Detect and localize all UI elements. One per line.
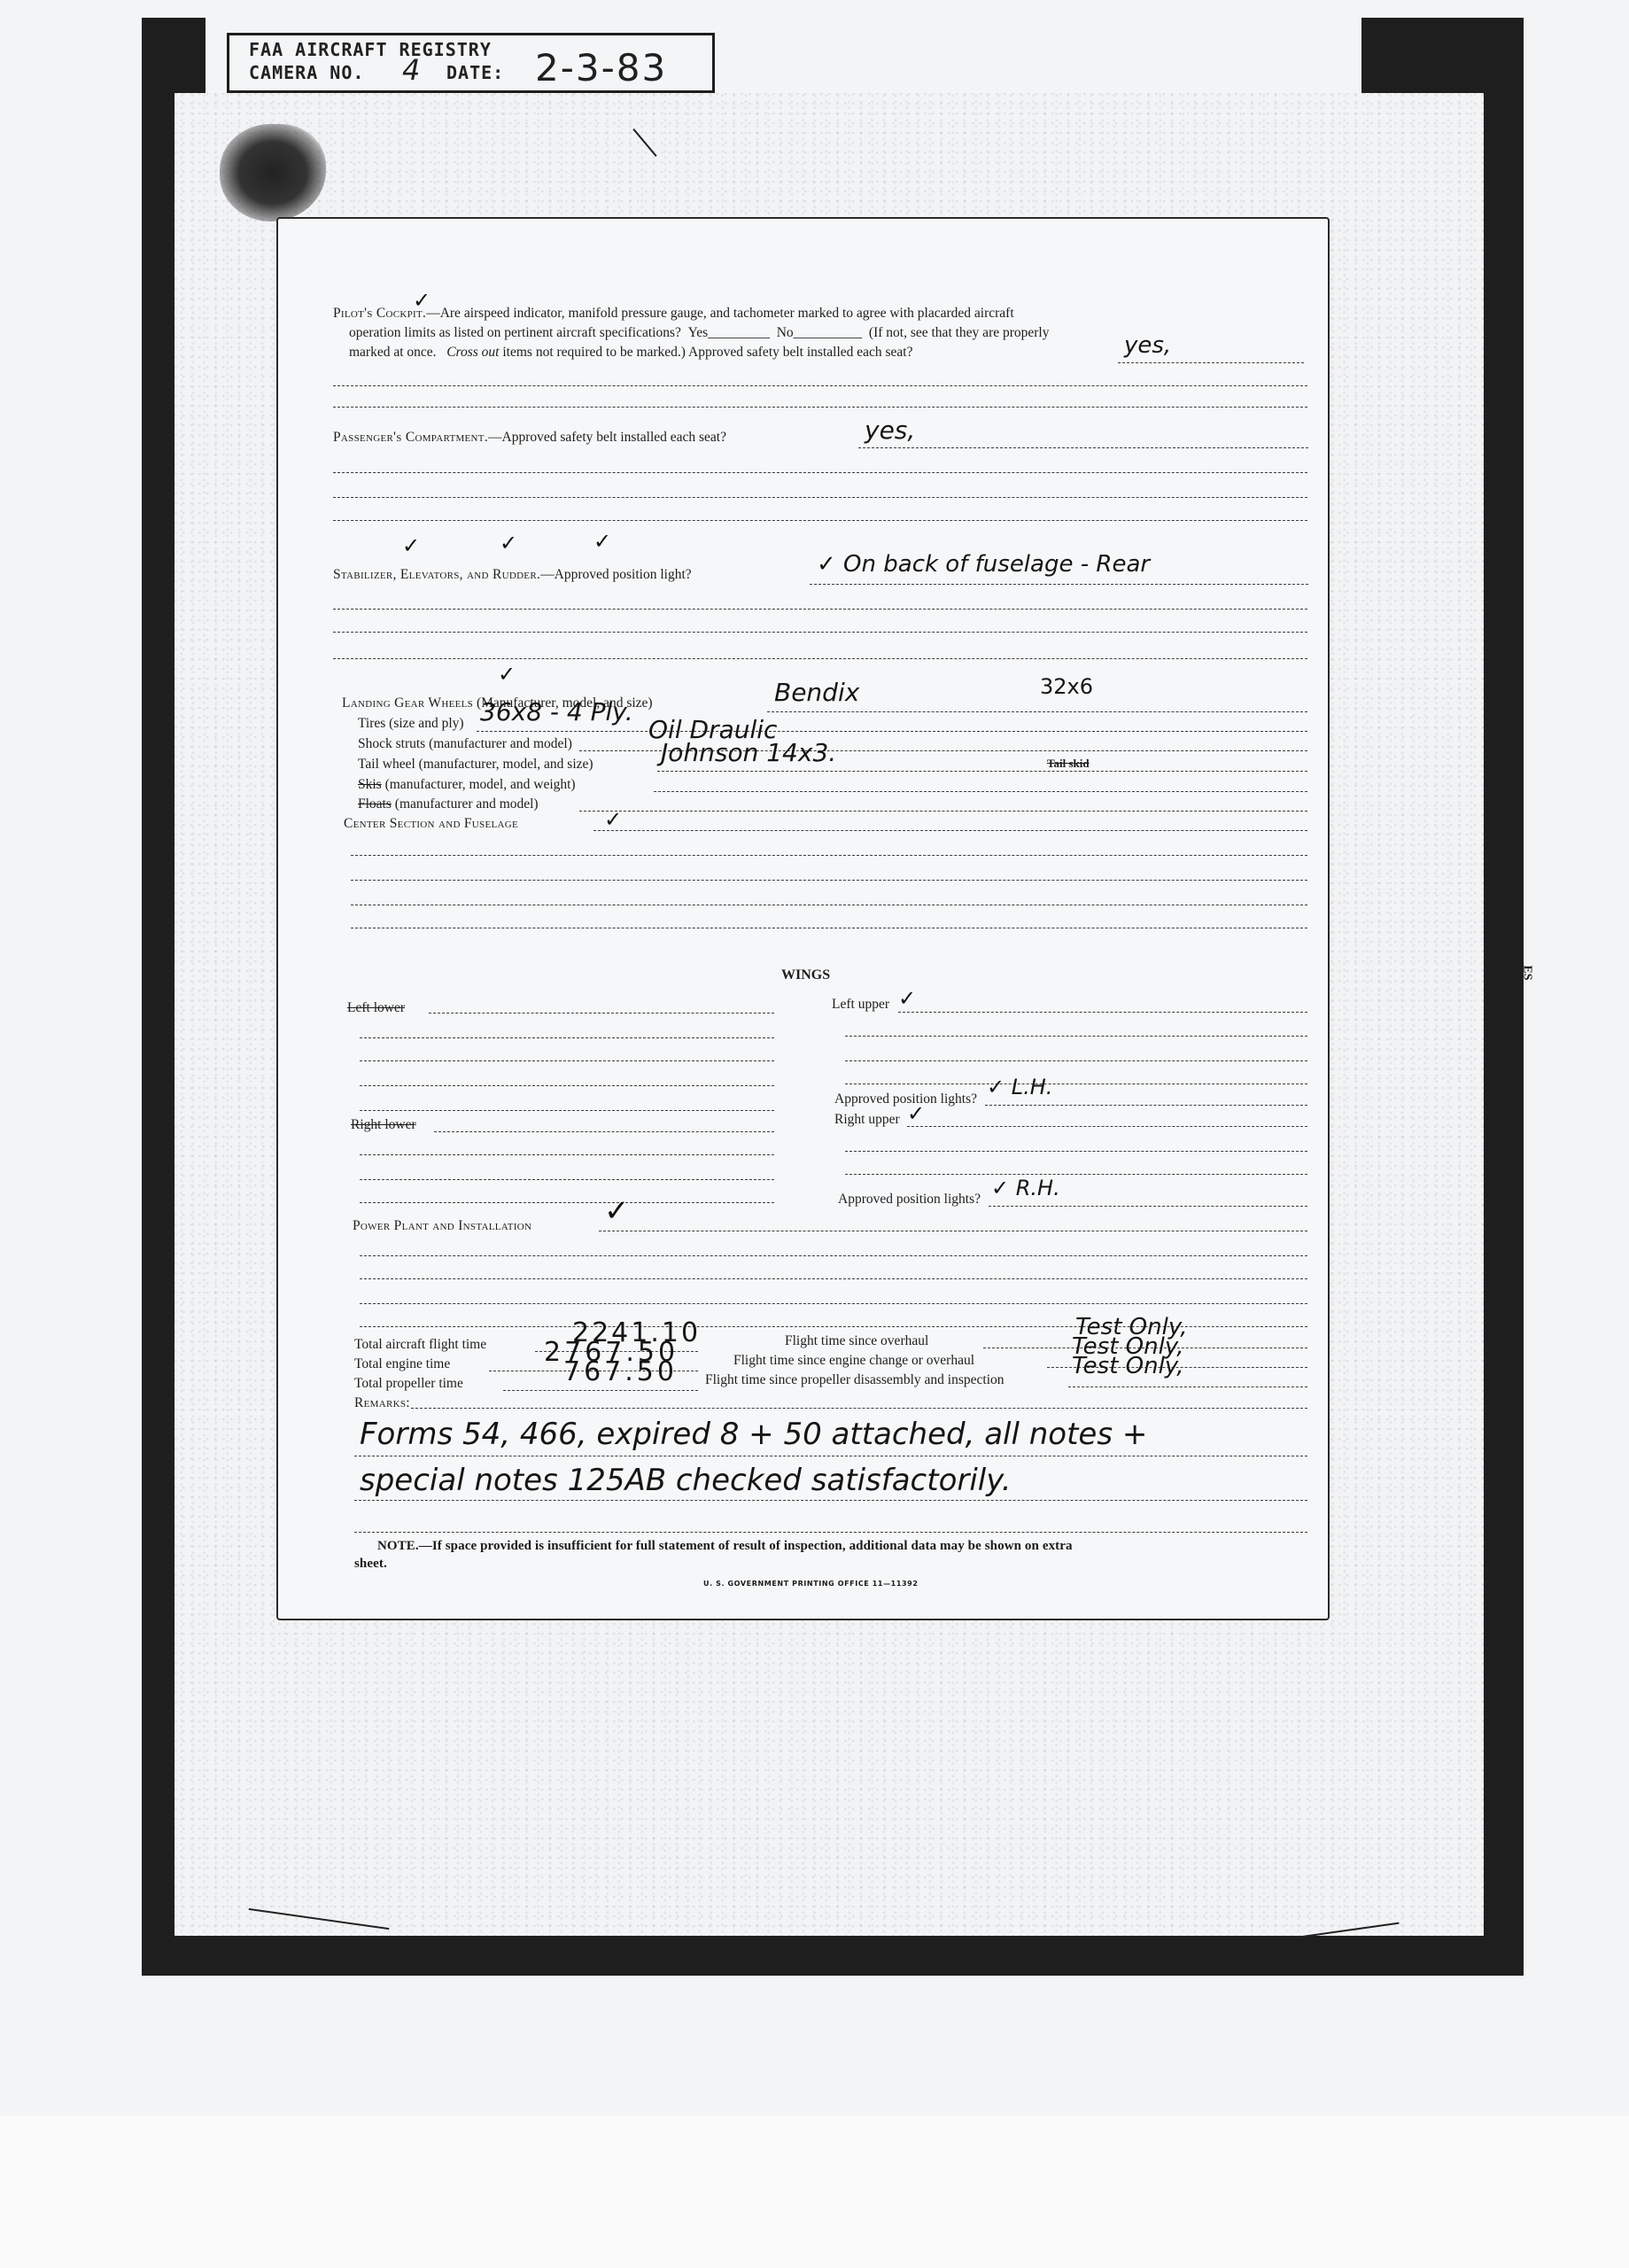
answer-line — [599, 1231, 1307, 1231]
passengers-compartment-section: Passenger's Compartment.—Approved safety… — [333, 430, 726, 446]
answer-line — [333, 658, 1307, 659]
camera-label: CAMERA NO. — [249, 62, 364, 83]
engine-change-label: Flight time since engine change or overh… — [733, 1353, 974, 1369]
check-mark-icon: ✓ — [402, 533, 420, 558]
answer-line — [360, 1303, 1307, 1304]
shock-struts-label: Shock struts (manufacturer and model) — [358, 736, 572, 752]
engine-time-label: Total engine time — [354, 1356, 450, 1372]
floats-note: (manufacturer and model) — [395, 796, 539, 812]
answer-line — [360, 1202, 774, 1203]
approved-lights-left-answer[interactable]: ✓ L.H. — [987, 1075, 1052, 1099]
tires-answer[interactable]: 36x8 - 4 Ply. — [480, 697, 633, 726]
note-line2: sheet. — [354, 1557, 387, 1572]
answer-line — [333, 385, 1307, 386]
answer-line — [845, 1060, 1307, 1061]
passengers-heading: Passenger's Compartment. — [333, 430, 488, 445]
pilots-cockpit-line1: —Are airspeed indicator, manifold pressu… — [426, 306, 1013, 321]
overhaul-time-label: Flight time since overhaul — [785, 1333, 928, 1349]
approved-lights-left-label: Approved position lights? — [834, 1091, 977, 1107]
propeller-inspection-label: Flight time since propeller disassembly … — [705, 1372, 1005, 1388]
right-lower-label: Right lower — [351, 1117, 416, 1133]
answer-line — [333, 472, 1307, 473]
stabilizer-question: —Approved position light? — [540, 567, 692, 582]
check-mark-icon: ✓ — [498, 662, 516, 687]
answer-line — [858, 447, 1308, 448]
gpo-imprint: U. S. GOVERNMENT PRINTING OFFICE 11—1139… — [703, 1580, 919, 1588]
tail-wheel-label: Tail wheel (manufacturer, model, and siz… — [358, 757, 593, 773]
answer-line — [333, 520, 1307, 521]
tail-wheel-answer[interactable]: Johnson 14x3. — [661, 738, 836, 767]
pilots-cockpit-line2: operation limits as listed on pertinent … — [349, 325, 1050, 341]
registry-title: FAA AIRCRAFT REGISTRY — [249, 39, 492, 60]
yes-label: Yes — [688, 325, 709, 340]
answer-line — [985, 1105, 1307, 1106]
approved-lights-right-answer[interactable]: ✓ R.H. — [991, 1176, 1060, 1200]
stabilizer-heading: Stabilizer, Elevators, and Rudder. — [333, 567, 540, 582]
answer-line — [354, 1456, 1307, 1456]
answer-line — [1118, 362, 1304, 363]
answer-line — [654, 791, 1307, 792]
answer-line — [354, 1532, 1307, 1533]
answer-line — [360, 1060, 774, 1061]
answer-line — [351, 928, 1307, 928]
scan-background-bottom — [0, 2116, 1629, 2268]
answer-line — [360, 1085, 774, 1086]
registry-label-box: FAA AIRCRAFT REGISTRY CAMERA NO. DATE: 4… — [227, 33, 715, 93]
floats-label: Floats — [358, 796, 392, 812]
answer-line — [411, 1408, 1307, 1409]
answer-line — [360, 1179, 774, 1180]
answer-line — [477, 731, 1307, 732]
stabilizer-answer[interactable]: ✓ On back of fuselage - Rear — [817, 551, 1150, 578]
right-upper-label: Right upper — [834, 1112, 900, 1128]
answer-line — [989, 1206, 1307, 1207]
skis-row: Skis (manufacturer, model, and weight) — [358, 777, 576, 793]
answer-line — [434, 1131, 774, 1132]
pilots-cockpit-line3: marked at once. Cross out items not requ… — [349, 345, 913, 361]
answer-line — [898, 1012, 1307, 1013]
passengers-question: —Approved safety belt installed each sea… — [488, 430, 726, 445]
remarks-line2[interactable]: special notes 125AB checked satisfactori… — [360, 1463, 1012, 1498]
answer-line — [845, 1036, 1307, 1037]
left-lower-label: Left lower — [347, 1000, 405, 1016]
answer-line — [351, 905, 1307, 905]
answer-line — [360, 1278, 1307, 1279]
answer-line — [351, 880, 1307, 881]
propeller-time-label: Total propeller time — [354, 1376, 463, 1392]
camera-number: 4 — [402, 53, 420, 87]
check-mark-icon: ✓ — [413, 288, 431, 313]
answer-line — [593, 830, 1307, 831]
wings-heading: WINGS — [781, 967, 830, 983]
cross-out-note: items not required to be marked.) — [502, 345, 686, 360]
check-mark-icon: ✓ — [593, 529, 611, 554]
marked-at-once: marked at once. — [349, 345, 437, 360]
specs-question: operation limits as listed on pertinent … — [349, 325, 681, 340]
margin-mark: ES — [1520, 965, 1534, 980]
passengers-belt-answer[interactable]: yes, — [865, 416, 915, 445]
floats-row: Floats (manufacturer and model) — [358, 796, 539, 812]
approved-lights-right-label: Approved position lights? — [838, 1192, 981, 1208]
stabilizer-section: Stabilizer, Elevators, and Rudder.—Appro… — [333, 567, 692, 583]
right-upper-check-icon: ✓ — [907, 1101, 925, 1126]
center-section-heading: Center Section and Fuselage — [344, 816, 518, 832]
no-label: No — [777, 325, 794, 340]
answer-line — [845, 1174, 1307, 1175]
cross-out-italic: Cross out — [446, 345, 499, 360]
answer-line — [333, 609, 1307, 610]
tail-skid-label: Tail skid — [1047, 757, 1090, 771]
belt-question: Approved safety belt installed each seat… — [688, 345, 913, 360]
wheels-size[interactable]: 32x6 — [1040, 674, 1093, 699]
date-value: 2-3-83 — [535, 46, 667, 89]
answer-line — [907, 1126, 1307, 1127]
answer-line — [360, 1255, 1307, 1256]
answer-line — [360, 1037, 774, 1038]
answer-line — [351, 855, 1307, 856]
left-upper-label: Left upper — [832, 997, 889, 1013]
check-mark-icon: ✓ — [500, 531, 517, 555]
answer-line — [360, 1110, 774, 1111]
skis-note: (manufacturer, model, and weight) — [385, 777, 576, 792]
answer-line — [503, 1390, 698, 1391]
answer-line — [657, 771, 1307, 772]
power-plant-check-icon: ✓ — [604, 1193, 630, 1229]
landing-gear-heading: Landing Gear Wheels — [342, 695, 473, 711]
aircraft-time-label: Total aircraft flight time — [354, 1337, 486, 1353]
power-plant-heading: Power Plant and Installation — [353, 1218, 531, 1234]
remarks-heading: Remarks: — [354, 1395, 410, 1411]
tires-label: Tires (size and ply) — [358, 716, 464, 732]
answer-line — [354, 1500, 1307, 1501]
left-upper-check-icon: ✓ — [898, 986, 916, 1011]
answer-line — [333, 407, 1307, 408]
wheels-answer[interactable]: Bendix — [774, 678, 859, 707]
answer-line — [429, 1013, 774, 1014]
answer-line — [810, 584, 1308, 585]
answer-line — [333, 632, 1307, 633]
answer-line — [767, 711, 1307, 712]
pilots-cockpit-section: Pilot's Cockpit.—Are airspeed indicator,… — [333, 306, 1014, 322]
remarks-line1[interactable]: Forms 54, 466, expired 8 + 50 attached, … — [360, 1417, 1147, 1452]
answer-line — [579, 811, 1307, 812]
skis-label: Skis — [358, 777, 382, 792]
properly-note: (If not, see that they are properly — [869, 325, 1050, 340]
propeller-time-value[interactable]: 767.50 — [563, 1356, 678, 1387]
note-line1: NOTE.—If space provided is insufficient … — [377, 1539, 1073, 1554]
answer-line — [360, 1154, 774, 1155]
propeller-inspection-value[interactable]: Test Only, — [1072, 1353, 1183, 1379]
cockpit-belt-answer[interactable]: yes, — [1124, 332, 1171, 359]
answer-line — [845, 1084, 1307, 1084]
answer-line — [1068, 1386, 1307, 1387]
answer-line — [845, 1151, 1307, 1152]
date-label: DATE: — [446, 62, 504, 83]
inspection-form-sheet: Pilot's Cockpit.—Are airspeed indicator,… — [276, 217, 1330, 1620]
answer-line — [333, 497, 1307, 498]
center-section-check-icon: ✓ — [604, 807, 622, 832]
